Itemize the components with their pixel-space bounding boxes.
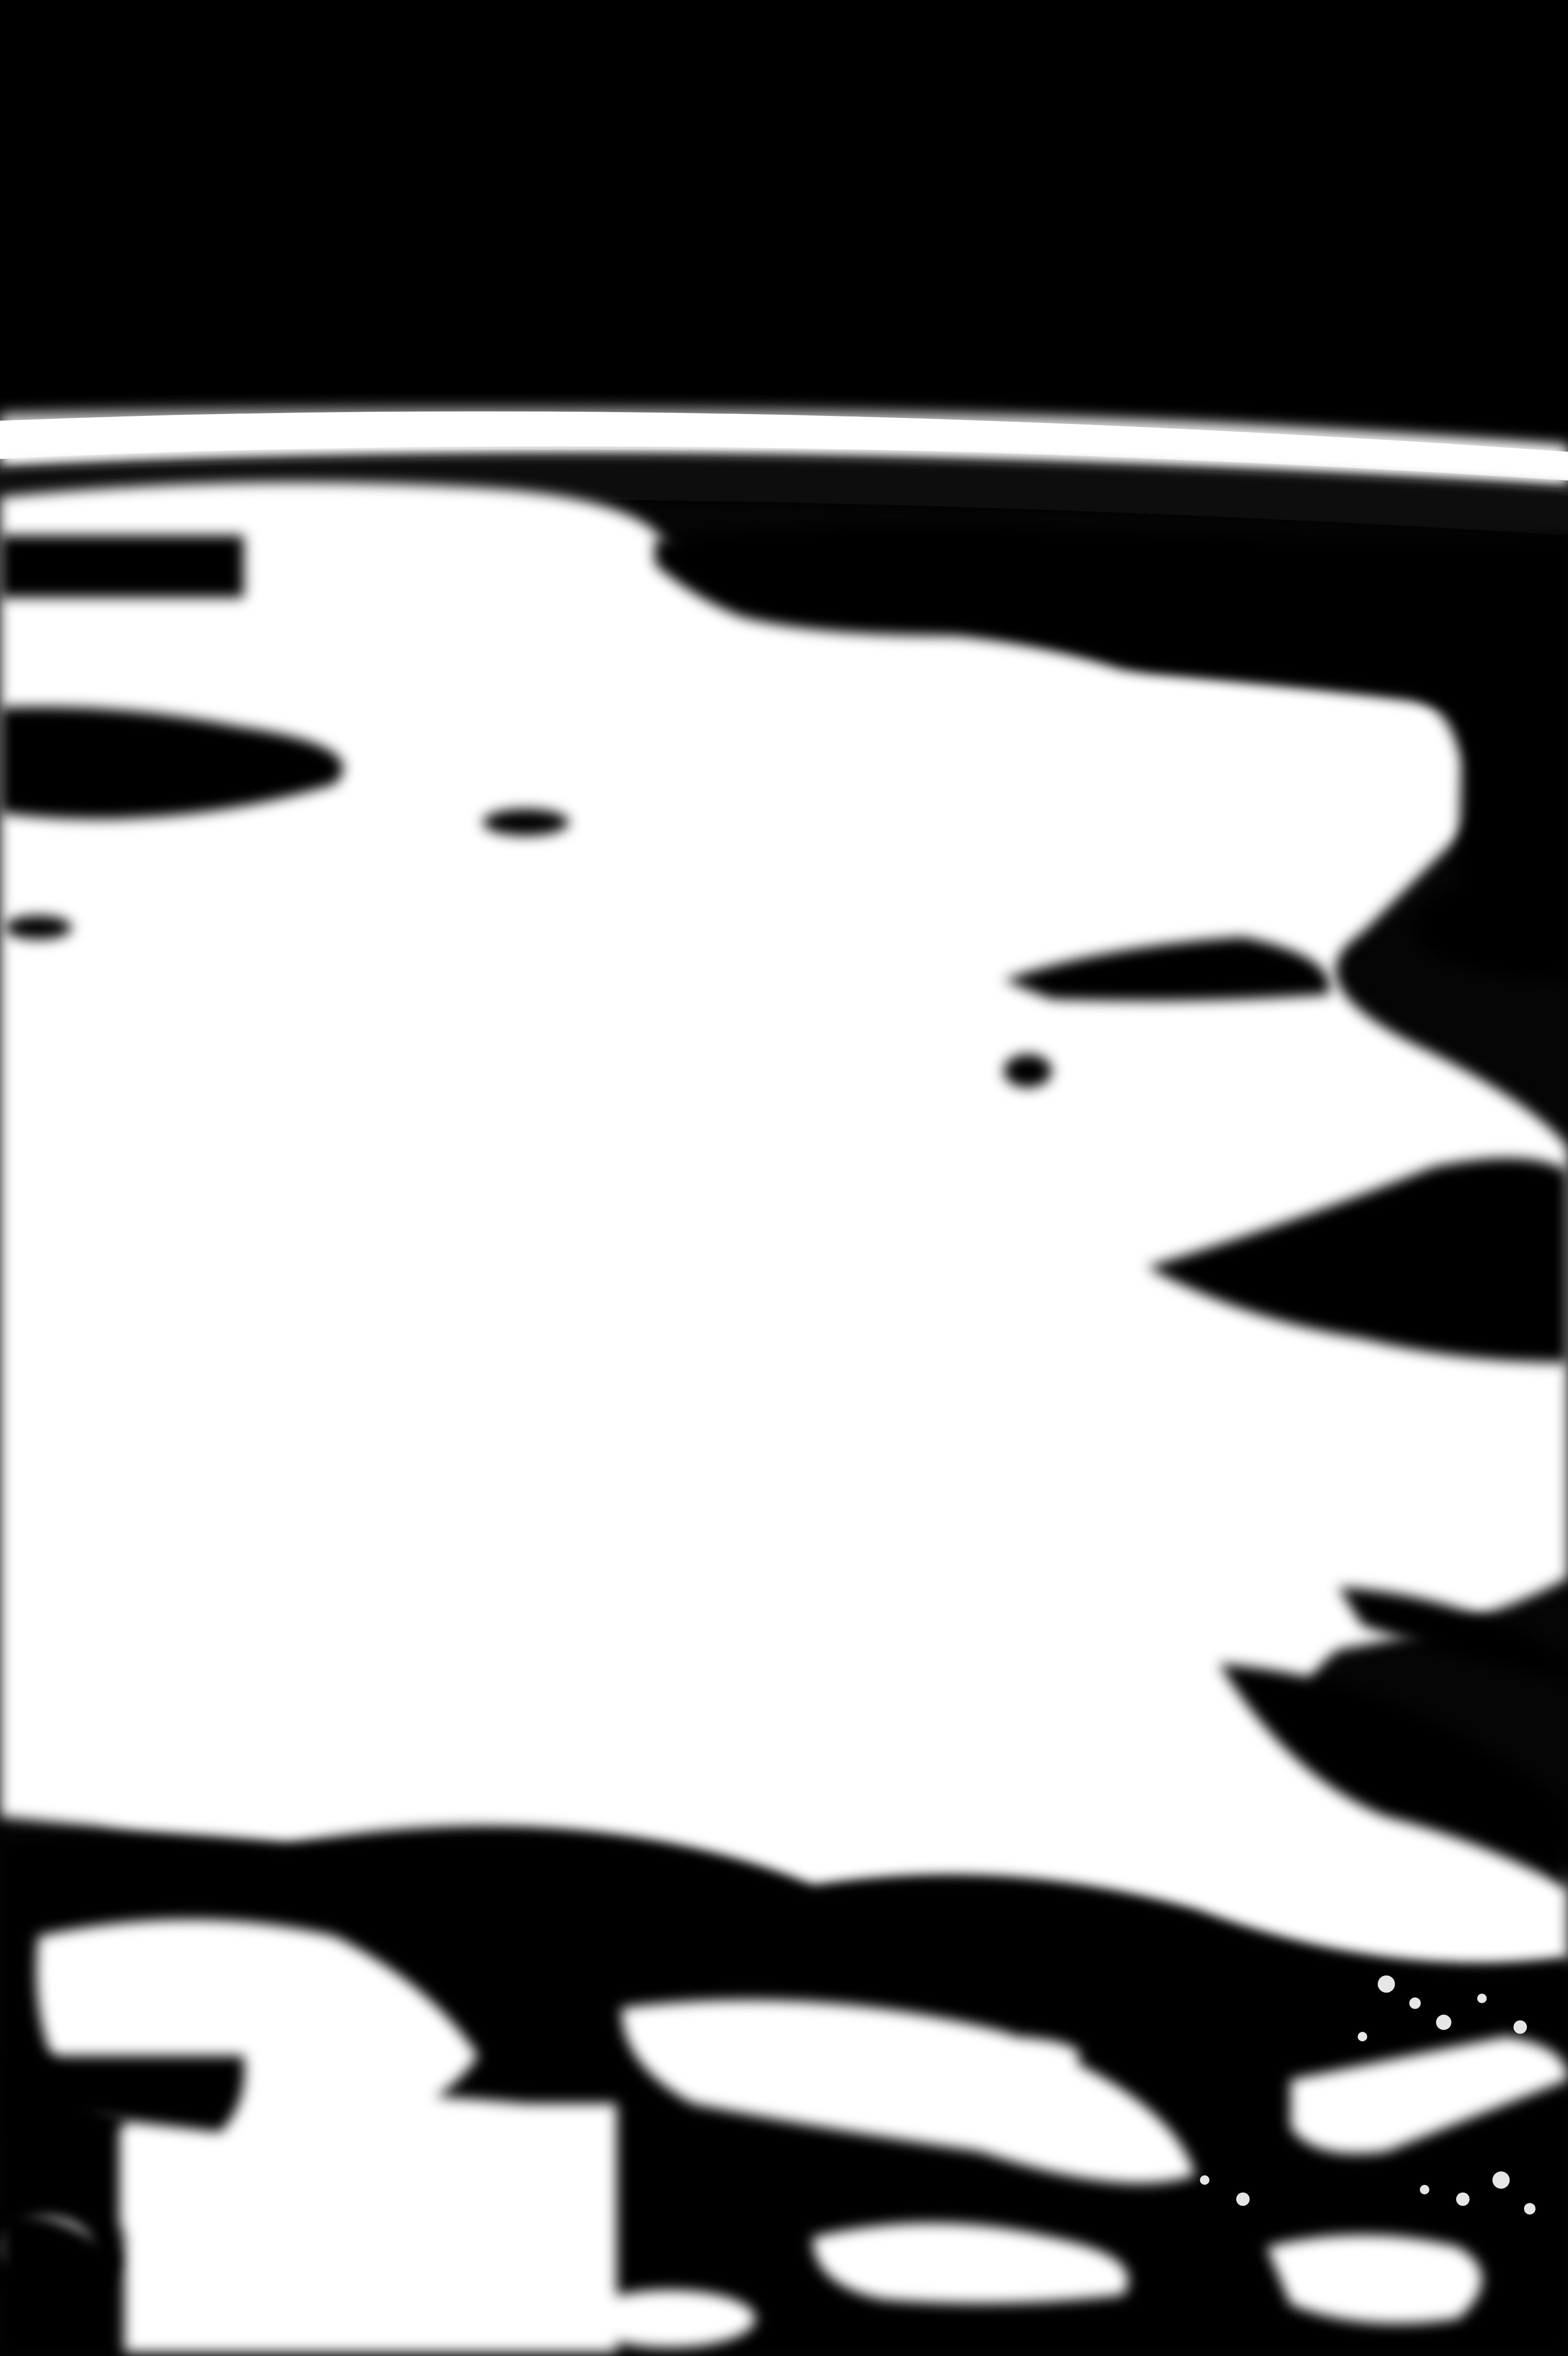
photo-canvas — [0, 0, 1568, 2356]
earth-from-orbit-photo: Earth seen from orbit — [0, 0, 1568, 2356]
